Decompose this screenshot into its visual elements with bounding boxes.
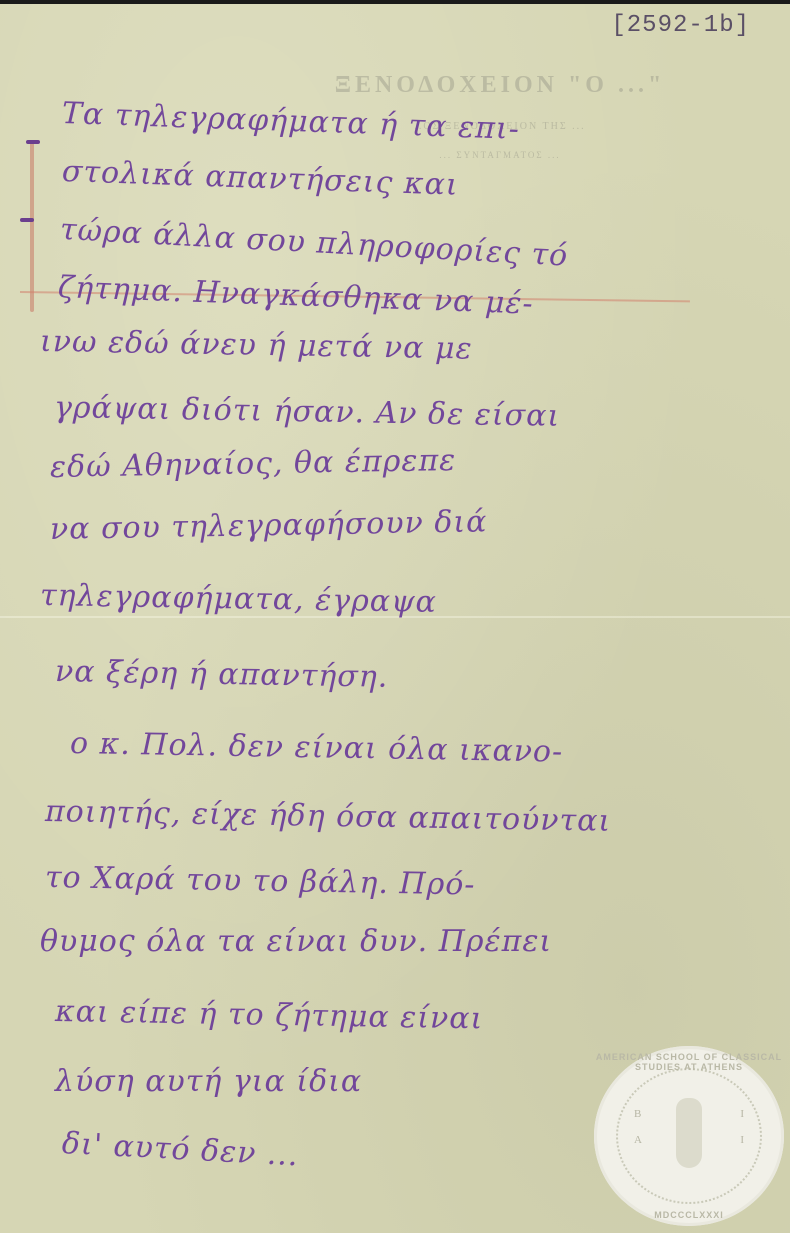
- handwritten-line: το Χαρά του το βάλη. Πρό-: [45, 860, 476, 903]
- letter-page: [2592-1b] ΞΕΝΟΔΟΧΕΙΟΝ "Ο ..." ..ΟΣ ΞΕΝΟΔ…: [0, 4, 790, 1233]
- handwritten-line: λύση αυτή για ίδια: [55, 1064, 362, 1099]
- handwritten-line: Τα τηλεγραφήματα ή τα επι-: [61, 96, 520, 147]
- handwritten-line: να ξέρη ή απαντήση.: [55, 654, 389, 695]
- stamp-letter: Α: [634, 1134, 642, 1146]
- handwritten-line: στολικά απαντήσεις και: [61, 154, 459, 203]
- handwritten-line: θυμος όλα τα είναι δυν. Πρέπει: [40, 924, 552, 959]
- stamp-greek-letters: Β Ι: [634, 1108, 744, 1120]
- stamp-date-text: MDCCCLXXXI: [594, 1210, 784, 1220]
- handwritten-line: τηλεγραφήματα, έγραψα: [40, 578, 437, 620]
- handwritten-line: να σου τηλεγραφήσουν διά: [50, 504, 488, 547]
- handwritten-line: ινω εδώ άνευ ή μετά να με: [40, 324, 473, 367]
- handwritten-line: ζήτημα. Ηναγκάσθηκα να μέ-: [57, 270, 534, 322]
- handwritten-line: εδώ Αθηναίος, θα έπρεπε: [50, 443, 457, 485]
- handwritten-line: τώρα άλλα σου πληροφορίες τό: [59, 212, 569, 274]
- handwritten-line: ο κ. Πολ. δεν είναι όλα ικανο-: [70, 726, 564, 770]
- handwritten-line: ποιητής, είχε ήδη όσα απαιτούνται: [45, 794, 612, 839]
- library-stamp-seal: AMERICAN SCHOOL OF CLASSICAL STUDIES AT …: [594, 1046, 784, 1226]
- stamp-greek-letters: Α Ι: [634, 1134, 744, 1146]
- stamp-letter: Ι: [740, 1134, 744, 1146]
- stamp-letter: Β: [634, 1108, 641, 1120]
- handwritten-line: δι' αυτό δεν ...: [61, 1126, 299, 1173]
- stamp-institution-text: AMERICAN SCHOOL OF CLASSICAL STUDIES AT …: [594, 1052, 784, 1072]
- stamp-letter: Ι: [740, 1108, 744, 1120]
- handwritten-line: γράψαι διότι ήσαν. Αν δε είσαι: [54, 390, 561, 434]
- handwritten-line: και είπε ή το ζήτημα είναι: [55, 994, 484, 1036]
